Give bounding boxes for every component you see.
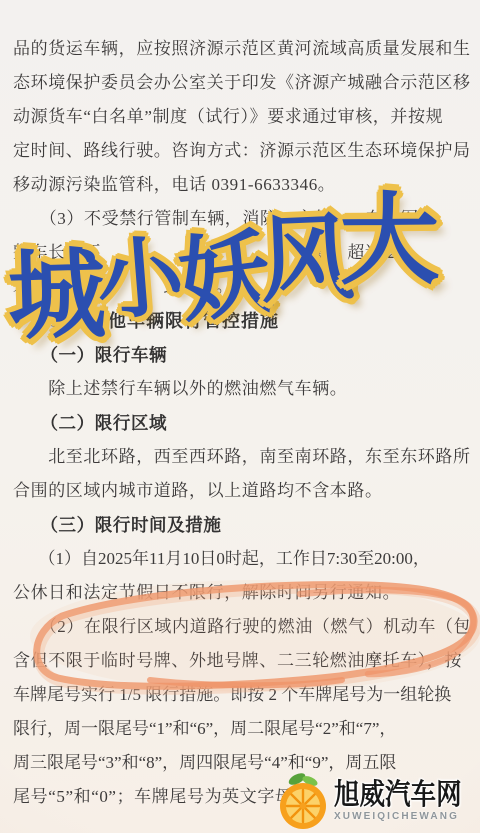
doc-line: 北至北环路，西至西环路，南至南环路，东至东环路所	[13, 440, 472, 474]
doc-line: （二）限行区域	[13, 406, 472, 440]
site-logo: 旭威汽车网 XUWEIQICHEWANG	[277, 771, 479, 831]
doc-line: （一）限行车辆	[13, 338, 472, 372]
doc-line: 公休日和法定节假日不限行，解除时间另行通知。	[13, 576, 472, 610]
doc-line: 限行，周一限尾号“1”和“6”，周二限尾号“2”和“7”，	[13, 712, 472, 746]
doc-line: 定时间、路线行驶。咨询方式：济源示范区生态环境保护局	[13, 134, 472, 168]
doc-line: 米的中型、 式货车。	[13, 270, 472, 304]
site-logo-text: 旭威汽车网 XUWEIQICHEWANG	[334, 780, 479, 823]
doc-line: （三）限行时间及措施	[13, 508, 472, 542]
doc-line: 车牌尾号实行 1/5 限行措施。即按 2 个车牌尾号为一组轮换	[13, 678, 472, 712]
doc-line: 含但不限于临时号牌、外地号牌、二三轮燃油摩托车），按	[13, 644, 472, 678]
site-name: 旭威汽车网	[334, 780, 462, 810]
doc-line: 品的货运车辆，应按照济源示范区黄河流域高质量发展和生	[13, 32, 472, 66]
document-photo: 品的货运车辆，应按照济源示范区黄河流域高质量发展和生态环境保护委员会办公室关于印…	[0, 0, 480, 833]
doc-lines: 品的货运车辆，应按照济源示范区黄河流域高质量发展和生态环境保护委员会办公室关于印…	[13, 32, 472, 814]
doc-line: 二、其他车辆限行管控措施	[13, 304, 472, 338]
doc-line: 态环境保护委员会办公室关于印发《济源产城融合示范区移	[13, 66, 472, 100]
doc-line: 合围的区域内城市道路，以上道路均不含本路。	[13, 474, 472, 508]
doc-line: （2）在限行区域内道路行驶的燃油（燃气）机动车（包	[13, 610, 472, 644]
doc-line: （1）自2025年11月10日0时起，工作日7:30至20:00，	[13, 542, 472, 576]
doc-line: 动源货车“白名单”制度（试行）》要求通过审核，并按规	[13, 100, 472, 134]
doc-line: 整车长度不 度 超过 2.8	[13, 236, 472, 270]
orange-fruit-icon	[277, 771, 331, 831]
doc-line: 除上述禁行车辆以外的燃油燃气车辆。	[13, 372, 472, 406]
doc-line: 移动源污染监管科，电话 0391-6633346。	[13, 168, 472, 202]
site-name-latin: XUWEIQICHEWANG	[334, 810, 479, 823]
doc-line: （3）不受禁行管制车辆，消防 应急 车、军车。	[13, 202, 472, 236]
